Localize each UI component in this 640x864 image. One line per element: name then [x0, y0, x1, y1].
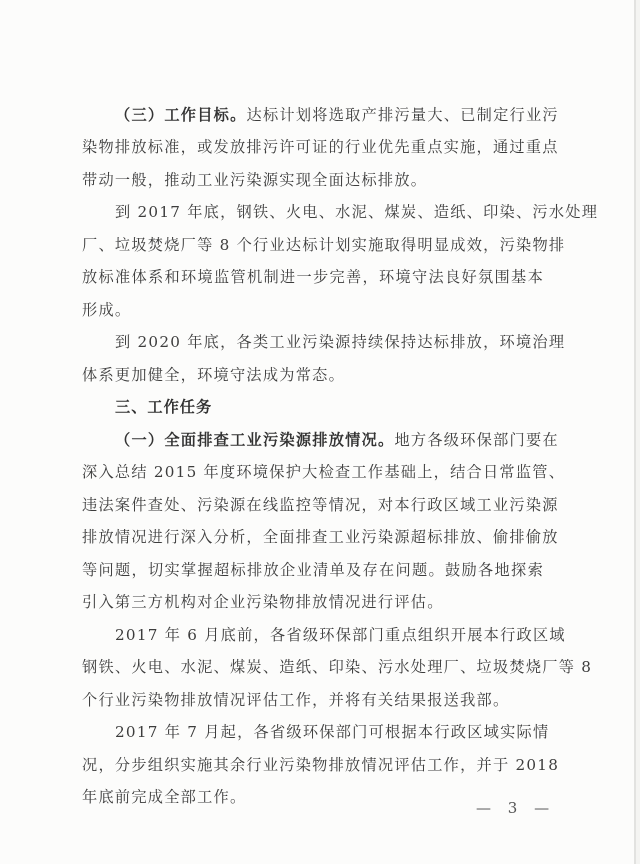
text-line: 2017 年 7 月起，各省级环保部门可根据本行政区域实际情	[115, 720, 544, 744]
text-line: （三）工作目标。达标计划将选取产排污量大、已制定行业污	[115, 103, 544, 127]
text-line: 带动一般，推动工业污染源实现全面达标排放。	[82, 168, 544, 192]
text-line: 深入总结 2015 年度环境保护大检查工作基础上，结合日常监管、	[82, 460, 544, 484]
text-line: 钢铁、火电、水泥、煤炭、造纸、印染、污水处理厂、垃圾焚烧厂等 8	[82, 655, 544, 679]
text-line: 到 2017 年底，钢铁、火电、水泥、煤炭、造纸、印染、污水处理	[115, 200, 544, 224]
text-line: 厂、垃圾焚烧厂等 8 个行业达标计划实施取得明显成效，污染物排	[82, 233, 544, 257]
section-heading: 三、工作任务	[115, 395, 544, 419]
text-line: 况，分步组织实施其余行业污染物排放情况评估工作，并于 2018	[82, 753, 544, 777]
text-line: （一）全面排查工业污染源排放情况。地方各级环保部门要在	[115, 428, 544, 452]
document-page: （三）工作目标。达标计划将选取产排污量大、已制定行业污 染物排放标准，或发放排污…	[0, 0, 636, 864]
text-line: 染物排放标准，或发放排污许可证的行业优先重点实施，通过重点	[82, 135, 544, 159]
text-line: 2017 年 6 月底前，各省级环保部门重点组织开展本行政区域	[115, 623, 544, 647]
page-number: — 3 —	[476, 799, 555, 817]
text-line: 排放情况进行深入分析，全面排查工业污染源超标排放、偷排偷放	[82, 525, 544, 549]
text-line: 到 2020 年底，各类工业污染源持续保持达标排放，环境治理	[115, 330, 544, 354]
text-line: 年底前完成全部工作。	[82, 785, 544, 809]
text-line: 等问题，切实掌握超标排放企业清单及存在问题。鼓励各地探索	[82, 558, 544, 582]
text-line: 个行业污染物排放情况评估工作，并将有关结果报送我部。	[82, 688, 544, 712]
text-line: 放标准体系和环境监管机制进一步完善，环境守法良好氛围基本	[82, 265, 544, 289]
section-lead: （三）工作目标。	[115, 106, 247, 124]
text-line: 体系更加健全，环境守法成为常态。	[82, 363, 544, 387]
text-line: 违法案件查处、污染源在线监控等情况，对本行政区域工业污染源	[82, 493, 544, 517]
text-line: 引入第三方机构对企业污染物排放情况进行评估。	[82, 590, 544, 614]
text-line: 形成。	[82, 298, 544, 322]
section-lead: （一）全面排查工业污染源排放情况。	[115, 431, 394, 449]
